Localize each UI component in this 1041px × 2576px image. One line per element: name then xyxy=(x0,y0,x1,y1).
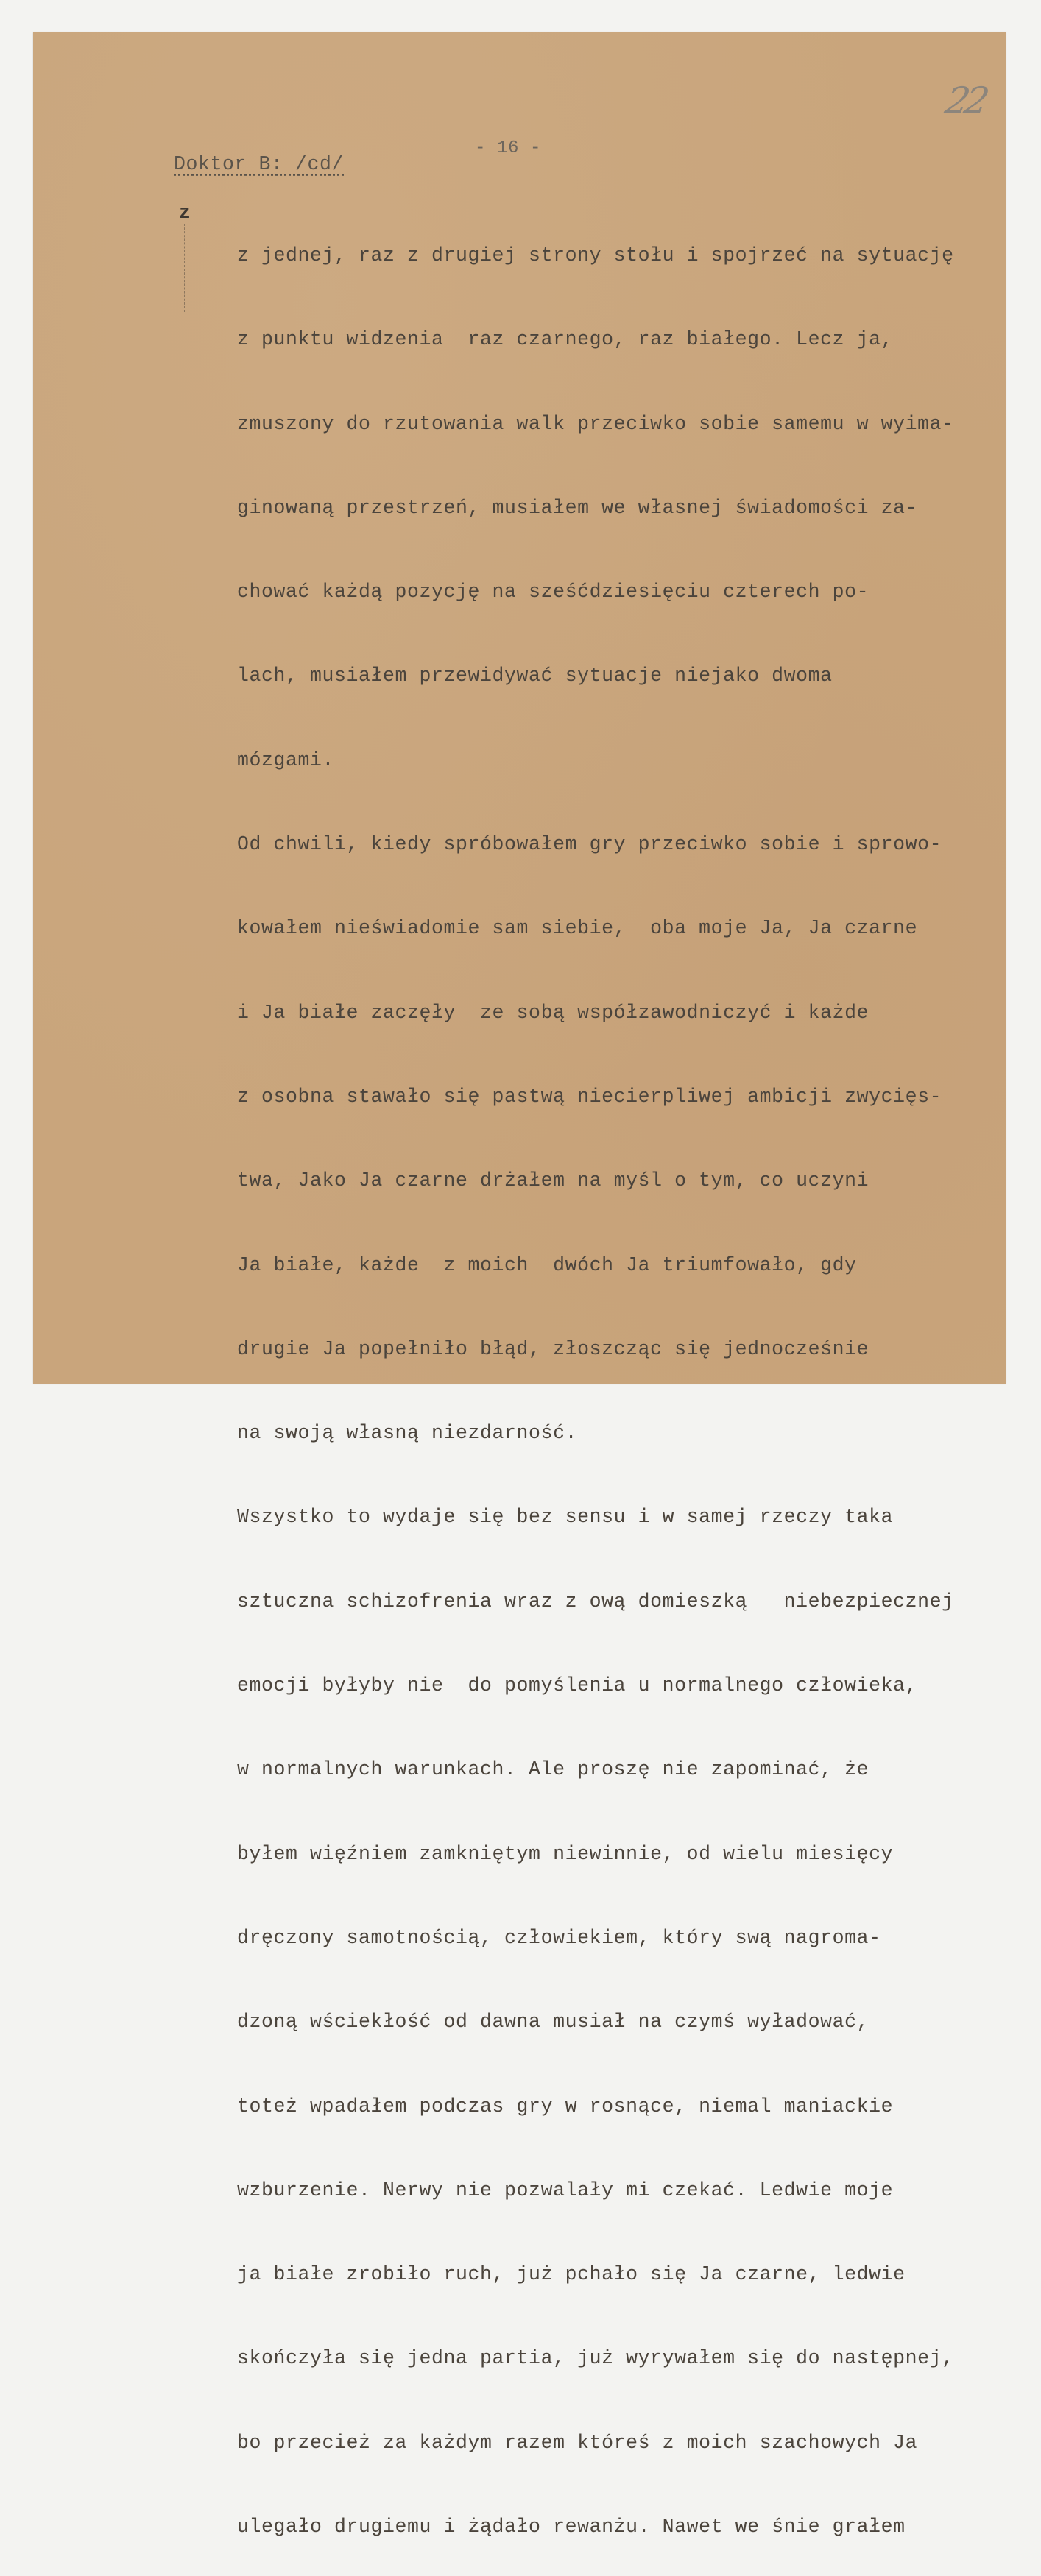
text-line: drugie Ja popełniło błąd, złoszcząc się … xyxy=(237,1337,954,1376)
text-line: zmuszony do rzutowania walk przeciwko so… xyxy=(237,411,954,451)
text-line: z osobna stawało się pastwą niecierpliwe… xyxy=(237,1084,954,1124)
text-line: z jednej, raz z drugiej strony stołu i s… xyxy=(237,243,954,283)
text-line: mózgami. xyxy=(237,748,954,788)
text-line: Ja białe, każde z moich dwóch Ja triumfo… xyxy=(237,1253,954,1292)
text-line: i Ja białe zaczęły ze sobą współzawodnic… xyxy=(237,1000,954,1040)
text-line: chować każdą pozycję na sześćdziesięciu … xyxy=(237,579,954,619)
handwritten-folio-number: 22 xyxy=(942,79,989,122)
text-line: twa, Jako Ja czarne drżałem na myśl o ty… xyxy=(237,1168,954,1208)
text-line: z punktu widzenia raz czarnego, raz biał… xyxy=(237,327,954,367)
margin-mark: z xyxy=(179,202,191,224)
text-line: lach, musiałem przewidywać sytuacje niej… xyxy=(237,663,954,703)
margin-pencil-line xyxy=(184,224,185,312)
text-line: ginowaną przestrzeń, musiałem we własnej… xyxy=(237,495,954,535)
page-number: - 16 - xyxy=(475,138,541,158)
section-heading: Doktor B: /cd/ xyxy=(174,153,344,175)
text-line: Od chwili, kiedy spróbowałem gry przeciw… xyxy=(237,832,954,871)
text-line: kowałem nieświadomie sam siebie, oba moj… xyxy=(237,916,954,955)
body-text: z jednej, raz z drugiej strony stołu i s… xyxy=(237,199,954,1413)
